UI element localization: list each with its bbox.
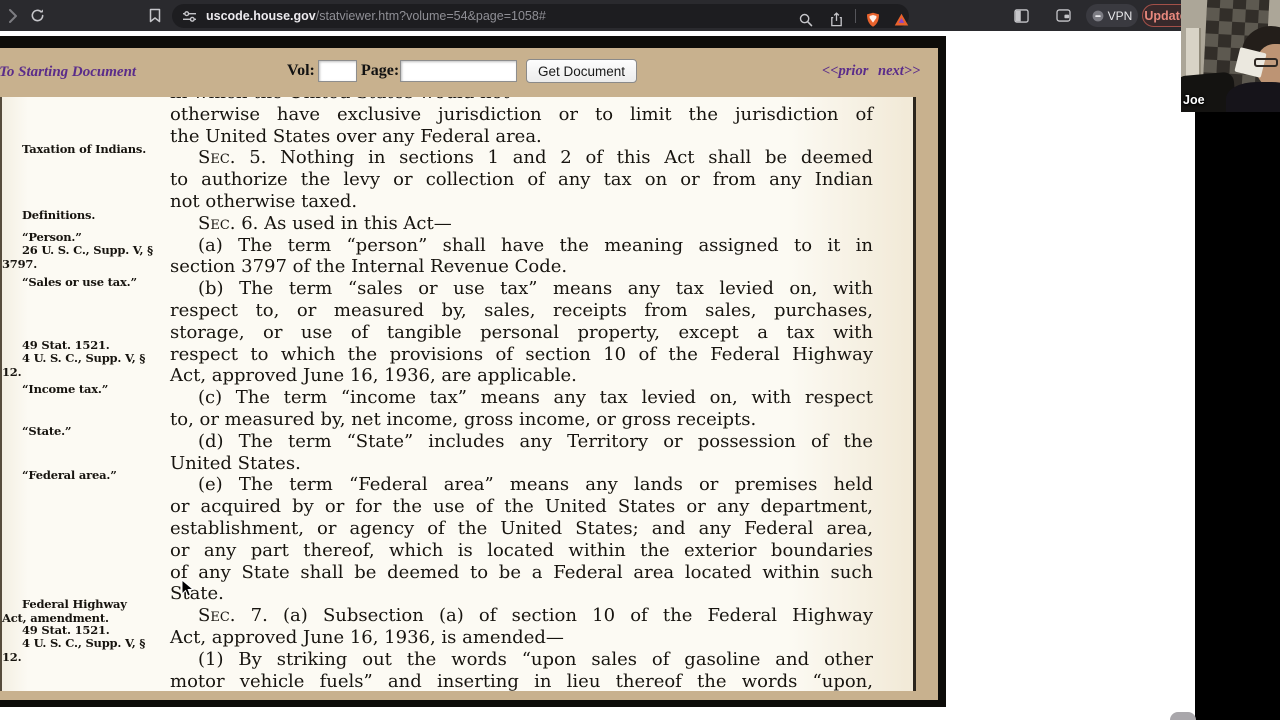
url-text[interactable]: uscode.house.gov/statviewer.htm?volume=5… xyxy=(206,9,546,23)
door-frame xyxy=(1186,28,1201,76)
margin-note: “Income tax.” xyxy=(2,383,154,397)
statute-text-line: (d) The term “State” includes any Territ… xyxy=(170,431,873,453)
webcam-video: Joe xyxy=(1181,0,1280,112)
vol-label: Vol: xyxy=(287,62,315,80)
statute-text-line: storage, or use of tangible personal pro… xyxy=(170,322,873,344)
person-shoulder xyxy=(1226,82,1280,112)
statute-text-line: to authorize the levy or collection of a… xyxy=(170,169,873,191)
site-settings-icon[interactable] xyxy=(172,1,206,32)
statute-text-line: (e) The term “Federal area” means any la… xyxy=(170,474,873,496)
sidebar-toggle-icon[interactable] xyxy=(1008,0,1034,31)
statute-text-line: Sec. 6. As used in this Act— xyxy=(170,213,873,235)
statute-text-line: (c) The term “income tax” means any tax … xyxy=(170,387,873,409)
url-domain: uscode.house.gov xyxy=(206,9,316,23)
margin-note: 4 U. S. C., Supp. V, § 12. xyxy=(2,637,154,664)
brave-rewards-icon[interactable] xyxy=(888,4,914,35)
margin-note: 4 U. S. C., Supp. V, § 12. xyxy=(2,352,154,379)
statute-text-line: section 3797 of the Internal Revenue Cod… xyxy=(170,256,873,278)
vpn-label: VPN xyxy=(1108,9,1133,23)
zoom-level-icon[interactable] xyxy=(794,4,818,35)
statute-text-line: respect to which the provisions of secti… xyxy=(170,344,873,366)
mouse-cursor xyxy=(181,579,194,598)
statviewer-header: Return To Starting Document Vol: Page: G… xyxy=(0,48,938,97)
statute-text-line: to, or measured by, net income, gross in… xyxy=(170,409,873,431)
url-bar[interactable]: uscode.house.gov/statviewer.htm?volume=5… xyxy=(172,4,909,28)
statute-text-line: motor vehicle fuels” and inserting in li… xyxy=(170,671,873,691)
statute-text-line: of any State shall be deemed to be a Fed… xyxy=(170,562,873,584)
statute-text-line: United States. xyxy=(170,453,873,475)
video-letterbox xyxy=(1195,108,1280,720)
statute-text-line: (a) The term “person” shall have the mea… xyxy=(170,235,873,257)
reload-icon[interactable] xyxy=(26,0,48,31)
toolbar-divider xyxy=(855,9,856,23)
next-link[interactable]: next>> xyxy=(878,63,920,80)
wallet-icon[interactable] xyxy=(1050,0,1076,31)
margin-note: Taxation of Indians. xyxy=(2,143,154,157)
statute-text-line: not otherwise taxed. xyxy=(170,191,873,213)
margin-note: Federal Highway Act, amendment. xyxy=(2,598,154,625)
margin-note: Definitions. xyxy=(2,209,154,223)
page-input[interactable] xyxy=(400,60,517,82)
statute-text-line: (1) By striking out the words “upon sale… xyxy=(170,649,873,671)
vpn-button[interactable]: VPN xyxy=(1086,4,1138,27)
glasses xyxy=(1254,58,1278,67)
margin-note: “Sales or use tax.” xyxy=(2,276,154,290)
forward-icon[interactable] xyxy=(2,0,22,31)
brave-shields-icon[interactable] xyxy=(860,4,886,35)
margin-note: “State.” xyxy=(2,425,154,439)
prior-link[interactable]: <<prior xyxy=(822,63,868,80)
page-scan-edge-right xyxy=(913,97,916,691)
statute-text-line: in which the United States would not xyxy=(170,97,873,104)
margin-note: 26 U. S. C., Supp. V, § 3797. xyxy=(2,244,154,271)
screen: uscode.house.gov/statviewer.htm?volume=5… xyxy=(0,0,1280,720)
statute-text-line: otherwise have exclusive jurisdiction or… xyxy=(170,104,873,126)
statute-text-line: the United States over any Federal area. xyxy=(170,126,873,148)
statviewer-frame: Return To Starting Document Vol: Page: G… xyxy=(0,36,946,707)
statute-text-line: or any part thereof, which is located wi… xyxy=(170,540,873,562)
statute-text-line: respect to, or measured by, sales, recei… xyxy=(170,300,873,322)
margin-note: “Federal area.” xyxy=(2,469,154,483)
statute-text-column: in which the United States would notothe… xyxy=(170,97,873,691)
scanned-statute-page[interactable]: Taxation of Indians.Definitions.“Person.… xyxy=(0,97,916,691)
statute-text-line: or acquired by or for the use of the Uni… xyxy=(170,496,873,518)
statute-text-line: State. xyxy=(170,583,873,605)
statute-text-line: Sec. 5. Nothing in sections 1 and 2 of t… xyxy=(170,147,873,169)
return-to-starting-document-link[interactable]: Return To Starting Document xyxy=(0,64,136,81)
url-path: /statviewer.htm?volume=54&page=1058# xyxy=(316,9,546,23)
statute-text-line: Act, approved June 16, 1936, are applica… xyxy=(170,365,873,387)
participant-name-label: Joe xyxy=(1183,93,1205,107)
statute-text-line: establishment, or agency of the United S… xyxy=(170,518,873,540)
bottom-edge-widget xyxy=(1170,712,1196,720)
share-icon[interactable] xyxy=(824,4,848,35)
page-label: Page: xyxy=(361,62,399,80)
statute-text-line: Act, approved June 16, 1936, is amended— xyxy=(170,627,873,649)
vol-input[interactable] xyxy=(318,60,357,82)
bookmark-icon[interactable] xyxy=(144,0,166,31)
statute-text-line: (b) The term “sales or use tax” means an… xyxy=(170,278,873,300)
statute-text-line: Sec. 7. (a) Subsection (a) of section 10… xyxy=(170,605,873,627)
browser-toolbar: uscode.house.gov/statviewer.htm?volume=5… xyxy=(0,0,1280,31)
vpn-status-icon xyxy=(1092,10,1104,22)
get-document-button[interactable]: Get Document xyxy=(526,59,637,83)
